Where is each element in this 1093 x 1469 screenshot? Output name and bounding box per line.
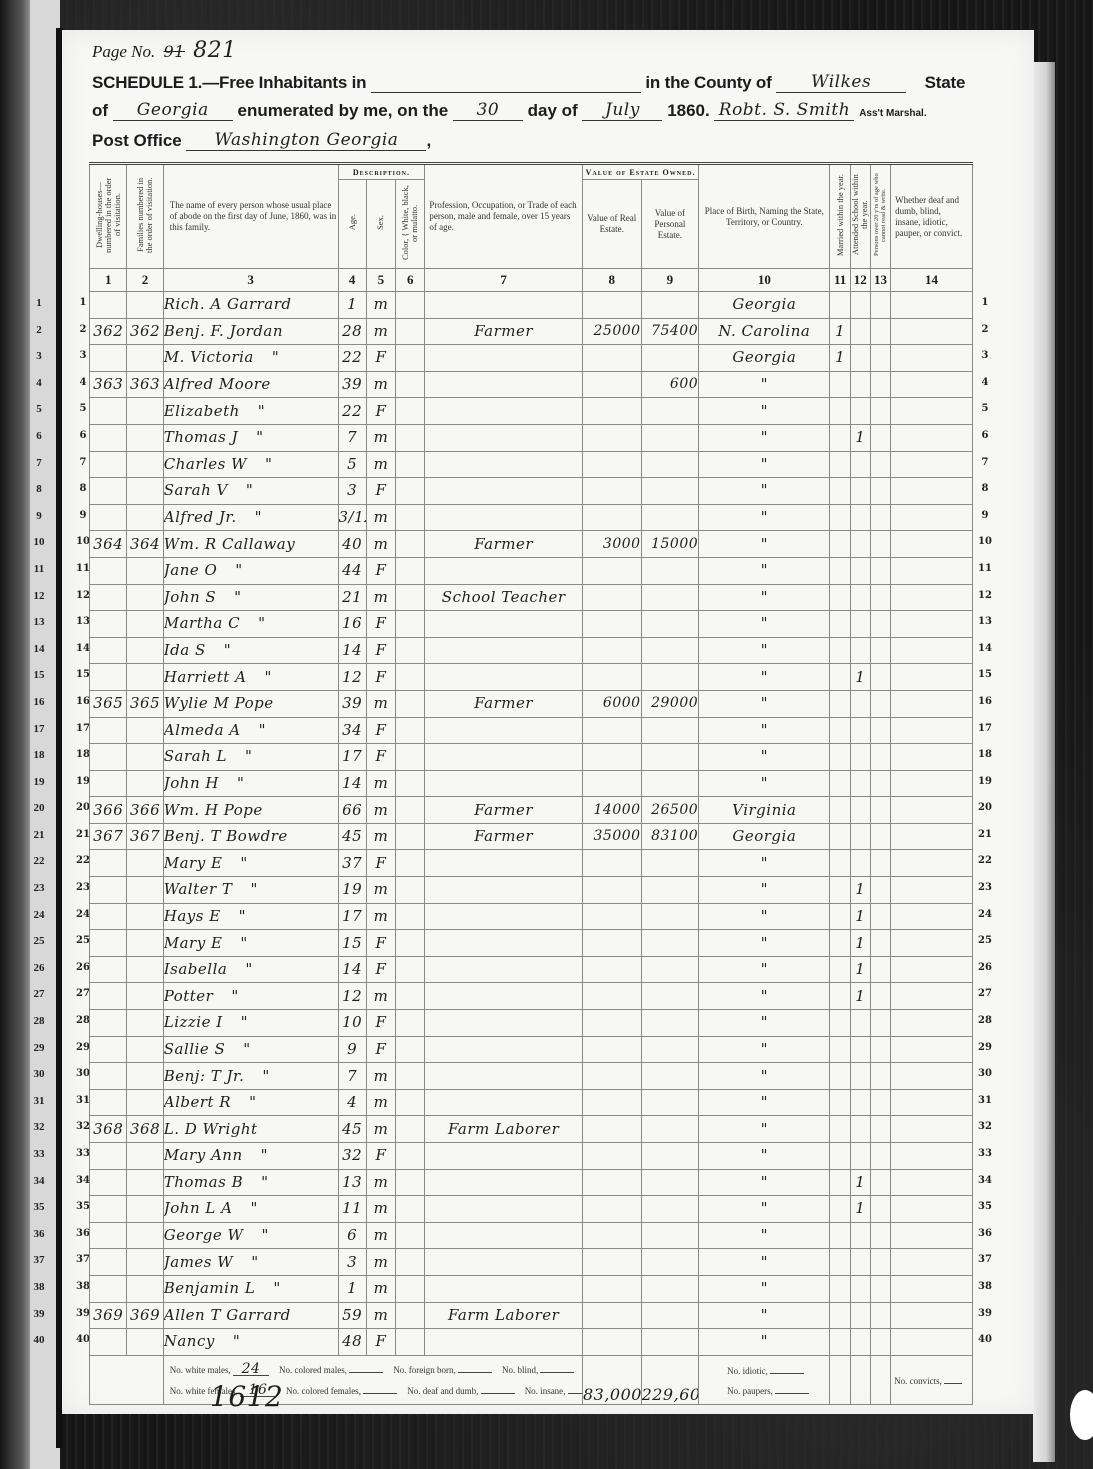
color-cell (396, 1116, 425, 1143)
cannot-read-write-cell (870, 1329, 890, 1356)
age-cell: 17 (338, 903, 366, 930)
census-row: Mary Ann"32F" (90, 1143, 973, 1170)
marshal-field: Robt. S. Smith (714, 100, 854, 121)
married-within-year-cell (830, 398, 850, 425)
age: 9 (347, 1040, 357, 1058)
personal-estate-value-cell: 83100 (641, 823, 699, 850)
column-number: 6 (396, 269, 425, 292)
census-row: Thomas B"13m"1 (90, 1169, 973, 1196)
age: 22 (342, 348, 362, 366)
cannot-read-write-cell (870, 1116, 890, 1143)
attended-school-cell (850, 770, 870, 797)
cannot-read-write-cell (870, 770, 890, 797)
birthplace-cell: " (699, 1010, 830, 1037)
personal-estate-value-cell (641, 451, 699, 478)
adjacent-line-number: 40 (32, 1334, 46, 1346)
age-cell: 12 (338, 983, 366, 1010)
birthplace: " (761, 1093, 768, 1111)
personal-estate-value-cell (641, 1143, 699, 1170)
dwelling-number-cell (90, 1329, 127, 1356)
attended-school-cell (850, 1329, 870, 1356)
line-number-right: 29 (976, 1042, 994, 1053)
cannot-read-write-cell (870, 664, 890, 691)
personal-estate-value-cell (641, 611, 699, 638)
line-number-right: 1 (976, 297, 994, 308)
birthplace-cell: " (699, 1249, 830, 1276)
condition-cell (891, 770, 973, 797)
surname-ditto-mark: " (255, 508, 262, 526)
person-name: Lizzie I (164, 1013, 223, 1031)
occupation-cell: Farmer (425, 797, 583, 824)
sex: F (375, 1013, 386, 1031)
attended-school-cell: 1 (850, 930, 870, 957)
person-name: Potter (164, 987, 214, 1005)
personal-estate-value-cell (641, 478, 699, 505)
sex-cell: m (366, 424, 395, 451)
occupation-cell (425, 744, 583, 771)
condition-cell (891, 1010, 973, 1037)
real-estate-value-cell (582, 1222, 641, 1249)
line-number-right: 6 (976, 430, 994, 441)
age-cell: 22 (338, 345, 366, 372)
dwelling-number-cell (90, 345, 127, 372)
attended-school-cell (850, 1063, 870, 1090)
dwelling-number-cell (90, 770, 127, 797)
census-row: James W"3m" (90, 1249, 973, 1276)
color-cell (396, 690, 425, 717)
birthplace: " (761, 774, 768, 792)
occupation-cell (425, 451, 583, 478)
attended-school-cell (850, 1222, 870, 1249)
age: 3/12 (339, 508, 367, 526)
line-number-right: 30 (976, 1068, 994, 1079)
sex-cell: F (366, 1010, 395, 1037)
birthplace-cell: N. Carolina (699, 318, 830, 345)
colored-males-summary: No. colored males, (279, 1363, 383, 1376)
header-description-group: Description. (338, 164, 425, 180)
census-row: Lizzie I"10F" (90, 1010, 973, 1037)
line-number-right: 21 (976, 829, 994, 840)
line-number-right: 35 (976, 1201, 994, 1212)
personal-estate-value-cell (641, 930, 699, 957)
line-number-right: 9 (976, 510, 994, 521)
total-real-estate: 83,000 (583, 1385, 641, 1404)
real-estate-value-cell (582, 1196, 641, 1223)
person-name-cell: Thomas B" (163, 1169, 338, 1196)
real-estate-value-cell (582, 1329, 641, 1356)
sex: m (374, 774, 389, 792)
sex: F (375, 402, 386, 420)
condition-cell (891, 557, 973, 584)
age-cell: 32 (338, 1143, 366, 1170)
age: 1 (347, 1279, 357, 1297)
adjacent-line-number: 38 (32, 1281, 46, 1293)
condition-cell (891, 1196, 973, 1223)
birthplace: " (761, 1226, 768, 1244)
birthplace: " (761, 402, 768, 420)
sex: m (374, 455, 389, 473)
color-cell (396, 903, 425, 930)
condition-cell (891, 371, 973, 398)
attended-school-cell (850, 850, 870, 877)
age-cell: 45 (338, 823, 366, 850)
married-within-year-cell (830, 903, 850, 930)
dwelling-number-cell (90, 744, 127, 771)
person-name-cell: Nancy" (163, 1329, 338, 1356)
condition-cell (891, 903, 973, 930)
married-within-year-cell (830, 1302, 850, 1329)
family-number-cell: 368 (127, 1116, 163, 1143)
occupation-cell (425, 1010, 583, 1037)
condition-cell (891, 318, 973, 345)
married-within-year-cell (830, 451, 850, 478)
surname-ditto-mark: " (245, 747, 252, 765)
color-cell (396, 1302, 425, 1329)
insane-summary: No. insane, (525, 1384, 583, 1397)
column-number: 8 (582, 269, 641, 292)
surname-ditto-mark: " (235, 561, 242, 579)
age-cell: 14 (338, 637, 366, 664)
real-estate-value-cell: 35000 (582, 823, 641, 850)
white-males-summary: No. white males, 24 (170, 1363, 269, 1376)
person-name-cell: Walter T" (163, 877, 338, 904)
county-label: in the County of (645, 73, 771, 92)
age: 12 (342, 987, 362, 1005)
family-number-cell: 367 (127, 823, 163, 850)
marshal-label: Ass't Marshal. (859, 108, 926, 119)
personal-estate-value-cell (641, 1169, 699, 1196)
month-field: July (582, 100, 662, 121)
birthplace: " (761, 1040, 768, 1058)
condition-cell (891, 1063, 973, 1090)
color-cell (396, 850, 425, 877)
condition-cell (891, 956, 973, 983)
attended-school-cell: 1 (850, 983, 870, 1010)
paupers-summary: No. paupers, (727, 1384, 829, 1396)
adjacent-line-number: 16 (32, 696, 46, 708)
dwelling-number: 368 (93, 1120, 123, 1138)
age: 14 (342, 960, 362, 978)
person-name-cell: Harriett A" (163, 664, 338, 691)
line-number-right: 3 (976, 350, 994, 361)
married-within-year-cell (830, 1275, 850, 1302)
dwelling-number: 367 (93, 827, 123, 845)
birthplace: N. Carolina (718, 322, 810, 340)
condition-cell (891, 531, 973, 558)
cannot-read-write-cell (870, 292, 890, 319)
personal-estate-value-cell (641, 1036, 699, 1063)
family-number-cell (127, 1196, 163, 1223)
age-cell: 34 (338, 717, 366, 744)
sex: m (374, 827, 389, 845)
color-cell (396, 1089, 425, 1116)
age-cell: 14 (338, 956, 366, 983)
surname-ditto-mark: " (272, 348, 279, 366)
person-name-cell: John L A" (163, 1196, 338, 1223)
dwelling-number-cell (90, 956, 127, 983)
age-cell: 1 (338, 292, 366, 319)
header-dwelling: Dwelling-houses—numbered in the order of… (90, 164, 127, 269)
person-name: Hays E (164, 907, 221, 925)
family-number: 369 (130, 1306, 160, 1324)
family-number-cell (127, 983, 163, 1010)
person-name-cell: Wylie M Pope (163, 690, 338, 717)
attended-school: 1 (855, 987, 865, 1005)
adjacent-line-number: 28 (32, 1015, 46, 1027)
occupation-cell (425, 770, 583, 797)
person-name-cell: Alfred Jr." (163, 504, 338, 531)
color-cell (396, 930, 425, 957)
condition-cell (891, 398, 973, 425)
occupation-cell (425, 557, 583, 584)
family-number: 362 (130, 322, 160, 340)
sex: F (375, 348, 386, 366)
attended-school: 1 (855, 880, 865, 898)
census-row: Elizabeth"22F" (90, 398, 973, 425)
color-cell (396, 1249, 425, 1276)
dwelling-number-cell (90, 504, 127, 531)
sex-cell: m (366, 1063, 395, 1090)
adjacent-line-number: 1 (32, 297, 46, 309)
real-estate-value-cell (582, 345, 641, 372)
sex-cell: m (366, 1275, 395, 1302)
surname-ditto-mark: " (240, 854, 247, 872)
real-estate-value-cell (582, 451, 641, 478)
adjacent-line-number: 8 (32, 483, 46, 495)
married-within-year-cell (830, 983, 850, 1010)
enumeration-line: of Georgia enumerated by me, on the 30 d… (92, 100, 927, 121)
occupation: Farmer (474, 535, 533, 553)
occupation-cell (425, 637, 583, 664)
occupation-cell (425, 1275, 583, 1302)
personal-estate-value: 600 (670, 376, 698, 392)
birthplace: " (761, 481, 768, 499)
adjacent-line-number: 4 (32, 377, 46, 389)
census-page: Page No. 91 821 SCHEDULE 1.—Free Inhabit… (62, 30, 1034, 1414)
census-row: Hays E"17m"1 (90, 903, 973, 930)
cannot-read-write-cell (870, 717, 890, 744)
person-name-cell: Thomas J" (163, 424, 338, 451)
surname-ditto-mark: " (233, 1332, 240, 1350)
age: 7 (347, 1067, 357, 1085)
birthplace: " (761, 747, 768, 765)
sex: m (374, 1253, 389, 1271)
person-name-cell: James W" (163, 1249, 338, 1276)
sex-cell: m (366, 531, 395, 558)
family-number: 366 (130, 801, 160, 819)
census-row: Almeda A"34F" (90, 717, 973, 744)
sex: F (375, 1332, 386, 1350)
family-number-cell (127, 850, 163, 877)
real-estate-value: 6000 (603, 695, 641, 711)
age: 28 (342, 322, 362, 340)
adjacent-line-number: 36 (32, 1228, 46, 1240)
color-cell (396, 983, 425, 1010)
birthplace-cell: Virginia (699, 797, 830, 824)
occupation-cell (425, 664, 583, 691)
header-estate-group: Value of Estate Owned. (582, 164, 698, 180)
cannot-read-write-cell (870, 398, 890, 425)
family-number-cell (127, 770, 163, 797)
married-within-year-cell (830, 717, 850, 744)
age: 34 (342, 721, 362, 739)
sex-cell: m (366, 797, 395, 824)
person-name: Rich. A Garrard (164, 295, 292, 313)
family-number: 367 (130, 827, 160, 845)
real-estate-value-cell (582, 1169, 641, 1196)
dwelling-number-cell: 365 (90, 690, 127, 717)
post-office-value: Washington Georgia (215, 130, 399, 150)
real-estate-value-cell (582, 611, 641, 638)
birthplace: " (761, 934, 768, 952)
age-cell: 17 (338, 744, 366, 771)
occupation-cell (425, 1329, 583, 1356)
family-number-cell (127, 292, 163, 319)
personal-estate-value: 29000 (651, 695, 698, 711)
sex-cell: m (366, 770, 395, 797)
color-cell (396, 451, 425, 478)
birthplace-cell: " (699, 1302, 830, 1329)
family-number-cell (127, 1089, 163, 1116)
census-row: Walter T"19m"1 (90, 877, 973, 904)
real-estate-value-cell (582, 956, 641, 983)
occupation-cell: Farmer (425, 531, 583, 558)
cannot-read-write-cell (870, 1302, 890, 1329)
cannot-read-write-cell (870, 956, 890, 983)
personal-estate-value-cell (641, 1010, 699, 1037)
surname-ditto-mark: " (234, 588, 241, 606)
blind-summary: No. blind, (502, 1363, 575, 1376)
header-color: Color, { White, black, or mulatto. (396, 180, 425, 269)
total-personal-estate: 229,600 (642, 1385, 699, 1404)
dwelling-number-cell (90, 1089, 127, 1116)
sex-cell: m (366, 584, 395, 611)
birthplace-cell: " (699, 717, 830, 744)
white-males-count: 24 (233, 1363, 269, 1376)
birthplace-cell: " (699, 584, 830, 611)
line-number-right: 27 (976, 988, 994, 999)
condition-cell (891, 717, 973, 744)
line-number-right: 11 (976, 563, 994, 574)
color-cell (396, 504, 425, 531)
personal-estate-value: 83100 (651, 828, 698, 844)
condition-cell (891, 504, 973, 531)
adjacent-line-number: 29 (32, 1042, 46, 1054)
color-cell (396, 1329, 425, 1356)
family-number-cell (127, 398, 163, 425)
cannot-read-write-cell (870, 1249, 890, 1276)
occupation-cell (425, 611, 583, 638)
person-name: George W (164, 1226, 244, 1244)
line-number-right: 22 (976, 855, 994, 866)
header-occupation: Profession, Occupation, or Trade of each… (425, 164, 583, 269)
sex: F (375, 721, 386, 739)
person-name-cell: Benj. F. Jordan (163, 318, 338, 345)
header-married: Married within the year. (830, 164, 850, 269)
age-cell: 16 (338, 611, 366, 638)
color-cell (396, 371, 425, 398)
census-row: 369369Allen T Garrard59mFarm Laborer" (90, 1302, 973, 1329)
schedule-title-line: SCHEDULE 1.—Free Inhabitants in in the C… (92, 72, 965, 93)
sex: F (375, 1040, 386, 1058)
age: 39 (342, 694, 362, 712)
dwelling-number-cell (90, 664, 127, 691)
sex-cell: m (366, 1116, 395, 1143)
colored-females-summary: No. colored females, (286, 1384, 397, 1397)
birthplace-cell: " (699, 371, 830, 398)
birthplace: " (761, 1173, 768, 1191)
person-name-cell: Albert R" (163, 1089, 338, 1116)
adjacent-line-number: 9 (32, 510, 46, 522)
person-name-cell: Rich. A Garrard (163, 292, 338, 319)
personal-estate-value-cell: 600 (641, 371, 699, 398)
person-name: Benj. F. Jordan (164, 322, 283, 340)
cannot-read-write-cell (870, 1169, 890, 1196)
census-row: 365365Wylie M Pope39mFarmer600029000" (90, 690, 973, 717)
age-cell: 37 (338, 850, 366, 877)
header-real-estate: Value of Real Estate. (582, 180, 641, 269)
adjacent-line-number: 6 (32, 430, 46, 442)
page-number-struck: 91 (164, 42, 185, 61)
sex-cell: m (366, 877, 395, 904)
family-number-cell: 362 (127, 318, 163, 345)
cannot-read-write-cell (870, 1036, 890, 1063)
cannot-read-write-cell (870, 850, 890, 877)
real-estate-value-cell (582, 664, 641, 691)
real-estate-value-cell (582, 770, 641, 797)
census-row: Alfred Jr."3/12m" (90, 504, 973, 531)
census-row: Ida S"14F" (90, 637, 973, 664)
birthplace: " (761, 1013, 768, 1031)
personal-estate-value-cell (641, 744, 699, 771)
cannot-read-write-cell (870, 584, 890, 611)
age: 40 (342, 535, 362, 553)
married-within-year-cell (830, 557, 850, 584)
family-number-cell (127, 424, 163, 451)
adjacent-line-number: 22 (32, 855, 46, 867)
sex-cell: F (366, 1329, 395, 1356)
marshal-name: Robt. S. Smith (719, 100, 850, 120)
county-value: Wilkes (811, 72, 871, 92)
family-number-cell: 369 (127, 1302, 163, 1329)
condition-cell (891, 1222, 973, 1249)
attended-school-cell (850, 1089, 870, 1116)
dwelling-number-cell (90, 1249, 127, 1276)
personal-estate-value-cell (641, 424, 699, 451)
married-within-year: 1 (835, 322, 845, 340)
census-row: 362362Benj. F. Jordan28mFarmer2500075400… (90, 318, 973, 345)
birthplace-cell: " (699, 504, 830, 531)
sex: m (374, 588, 389, 606)
sex-cell: m (366, 823, 395, 850)
dwelling-number-cell (90, 1196, 127, 1223)
occupation: Farmer (474, 694, 533, 712)
real-estate-value-cell (582, 744, 641, 771)
census-row: John L A"11m"1 (90, 1196, 973, 1223)
census-row: Potter"12m"1 (90, 983, 973, 1010)
family-number-cell (127, 1036, 163, 1063)
attended-school-cell (850, 478, 870, 505)
surname-ditto-mark: " (259, 721, 266, 739)
census-row: Thomas J"7m"1 (90, 424, 973, 451)
condition-cell (891, 1275, 973, 1302)
birthplace: " (761, 375, 768, 393)
real-estate-value-cell (582, 1249, 641, 1276)
occupation: Farmer (474, 322, 533, 340)
condition-cell (891, 424, 973, 451)
cannot-read-write-cell (870, 318, 890, 345)
birthplace-cell: " (699, 1222, 830, 1249)
